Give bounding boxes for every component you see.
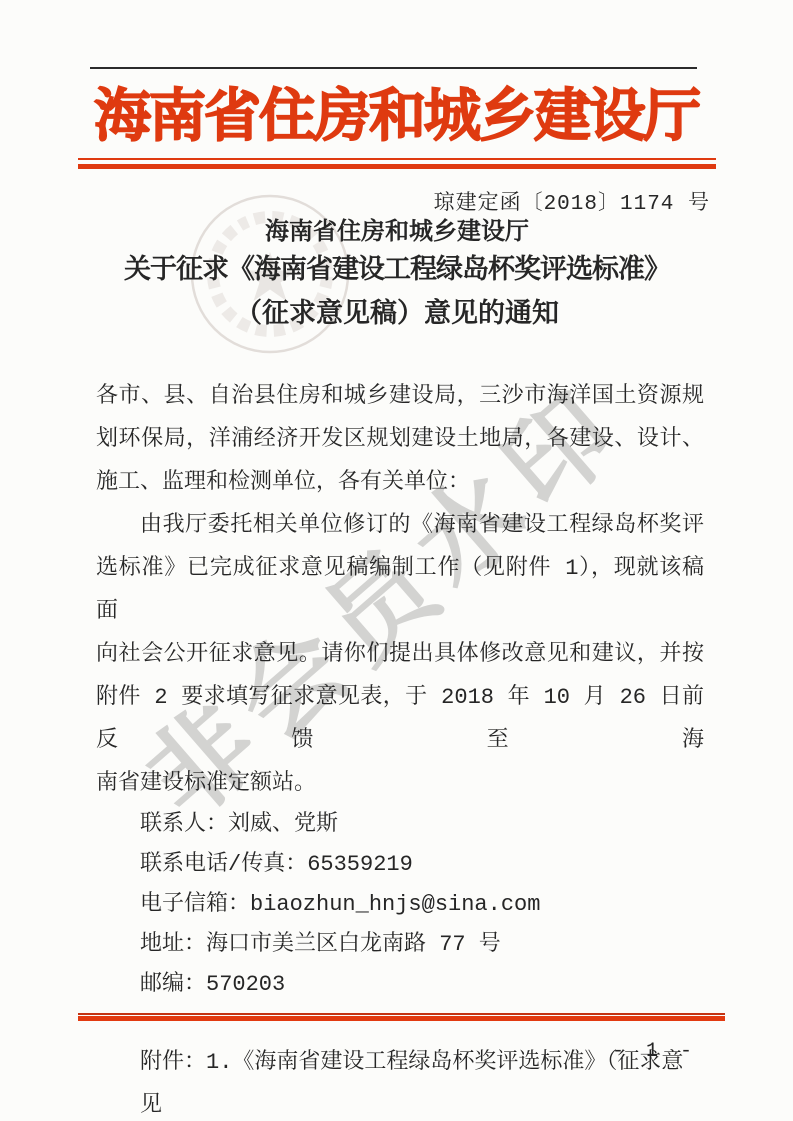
agency-masthead: 海南省住房和城乡建设厅 [0,76,793,156]
body-text-line: 选标准》已完成征求意见稿编制工作（见附件 1），现就该稿面 [96,547,704,633]
notice-title-line-1: 海南省住房和城乡建设厅 [78,214,716,248]
contact-person-line: 联系人：刘威、党斯 [96,805,704,845]
masthead-rule-thin [78,158,716,160]
footer-rule-thick [78,1016,725,1021]
body-text-line: 附件 2 要求填写征求意见表，于 2018 年 10 月 26 日前反馈至海 [96,676,704,762]
contact-postcode-line: 邮编：570203 [96,965,704,1005]
body-text-line: 南省建设标准定额站。 [96,762,704,805]
document-number: 琼建定函〔2018〕1174 号 [434,186,710,216]
notice-title: 海南省住房和城乡建设厅 关于征求《海南省建设工程绿岛杯奖评选标准》 （征求意见稿… [78,214,716,336]
notice-title-line-2: 关于征求《海南省建设工程绿岛杯奖评选标准》 [78,248,716,292]
recipients-line: 划环保局，洋浦经济开发区规划建设土地局，各建设、设计、 [96,418,704,461]
contact-phone-line: 联系电话/传真：65359219 [96,845,704,885]
body-text-line: 由我厅委托相关单位修订的《海南省建设工程绿岛杯奖评 [96,504,704,547]
page-number: - 1 - [612,1040,697,1063]
document-page: 非会员水印 海南省住房和城乡建设厅 琼建定函〔2018〕1174 号 海南省住房… [0,0,793,1121]
recipients-line: 施工、监理和检测单位，各有关单位： [96,461,704,504]
notice-body: 各市、县、自治县住房和城乡建设局，三沙市海洋国土资源规 划环保局，洋浦经济开发区… [96,375,704,1121]
footer-rule [78,1013,725,1021]
masthead-rule-thick [78,164,716,169]
masthead-rule [78,158,716,169]
recipients-line: 各市、县、自治县住房和城乡建设局，三沙市海洋国土资源规 [96,375,704,418]
top-rule [90,67,697,69]
footer-rule-thin [78,1013,725,1015]
contact-email-line: 电子信箱：biaozhun_hnjs@sina.com [96,885,704,925]
notice-title-line-3: （征求意见稿）意见的通知 [78,292,716,336]
contact-address-line: 地址：海口市美兰区白龙南路 77 号 [96,925,704,965]
body-text-line: 向社会公开征求意见。请你们提出具体修改意见和建议，并按 [96,633,704,676]
